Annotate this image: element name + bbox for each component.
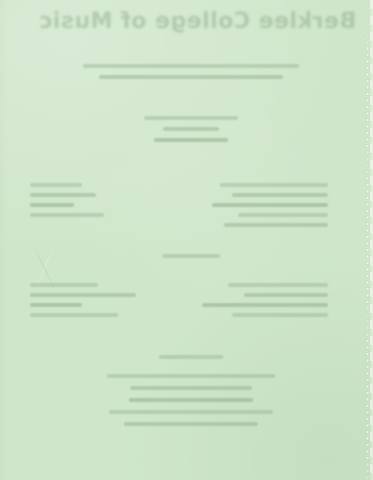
bleed-through-text-line bbox=[144, 116, 238, 120]
bleed-through-text-line bbox=[30, 303, 82, 307]
bleed-through-text-line bbox=[238, 213, 328, 217]
bleed-through-mid-heading bbox=[20, 254, 361, 258]
bleed-through-text-line bbox=[232, 193, 328, 197]
bleed-through-footer-block bbox=[20, 374, 361, 426]
bleed-through-text-line bbox=[130, 386, 252, 390]
bleed-through-text-line bbox=[220, 183, 328, 187]
bleed-through-text-line bbox=[30, 293, 136, 297]
bleed-through-text-line bbox=[107, 374, 275, 378]
bleed-through-text-line bbox=[154, 138, 228, 142]
bleed-through-text-line bbox=[109, 410, 273, 414]
bleed-through-right-column-1 bbox=[203, 183, 328, 227]
bleed-through-right-column-2 bbox=[188, 283, 328, 317]
bleed-through-text-line bbox=[30, 183, 82, 187]
bleed-through-left-column-1 bbox=[30, 183, 150, 217]
bleed-through-text-line bbox=[83, 64, 299, 68]
bleed-through-text-line bbox=[30, 203, 74, 207]
bleed-through-info-block bbox=[20, 116, 361, 142]
bleed-through-text-line bbox=[202, 303, 328, 307]
bleed-through-text-line bbox=[232, 313, 328, 317]
bleed-through-text-line bbox=[30, 193, 96, 197]
bleed-through-text-line bbox=[163, 127, 219, 131]
bleed-through-left-column-2 bbox=[30, 283, 160, 317]
bleed-through-text-line bbox=[30, 213, 104, 217]
bleed-through-text-line bbox=[99, 75, 283, 79]
bleed-through-title: Berklee College of Music bbox=[26, 9, 369, 34]
bleed-through-text-line bbox=[162, 254, 220, 258]
bleed-through-text-line bbox=[129, 398, 253, 402]
bleed-through-text-line bbox=[244, 293, 328, 297]
bleed-through-text-line bbox=[228, 283, 328, 287]
bleed-through-text-line bbox=[159, 355, 223, 359]
bleed-through-text-line bbox=[30, 313, 118, 317]
bleed-through-text-line bbox=[224, 223, 328, 227]
bleed-through-text-line bbox=[30, 283, 98, 287]
bleed-through-footer-heading bbox=[20, 355, 361, 359]
bleed-through-text-line bbox=[212, 203, 328, 207]
bleed-through-subtitle-block bbox=[20, 64, 361, 79]
scanned-page: Berklee College of Music bbox=[0, 0, 373, 480]
bleed-through-text-line bbox=[124, 422, 258, 426]
